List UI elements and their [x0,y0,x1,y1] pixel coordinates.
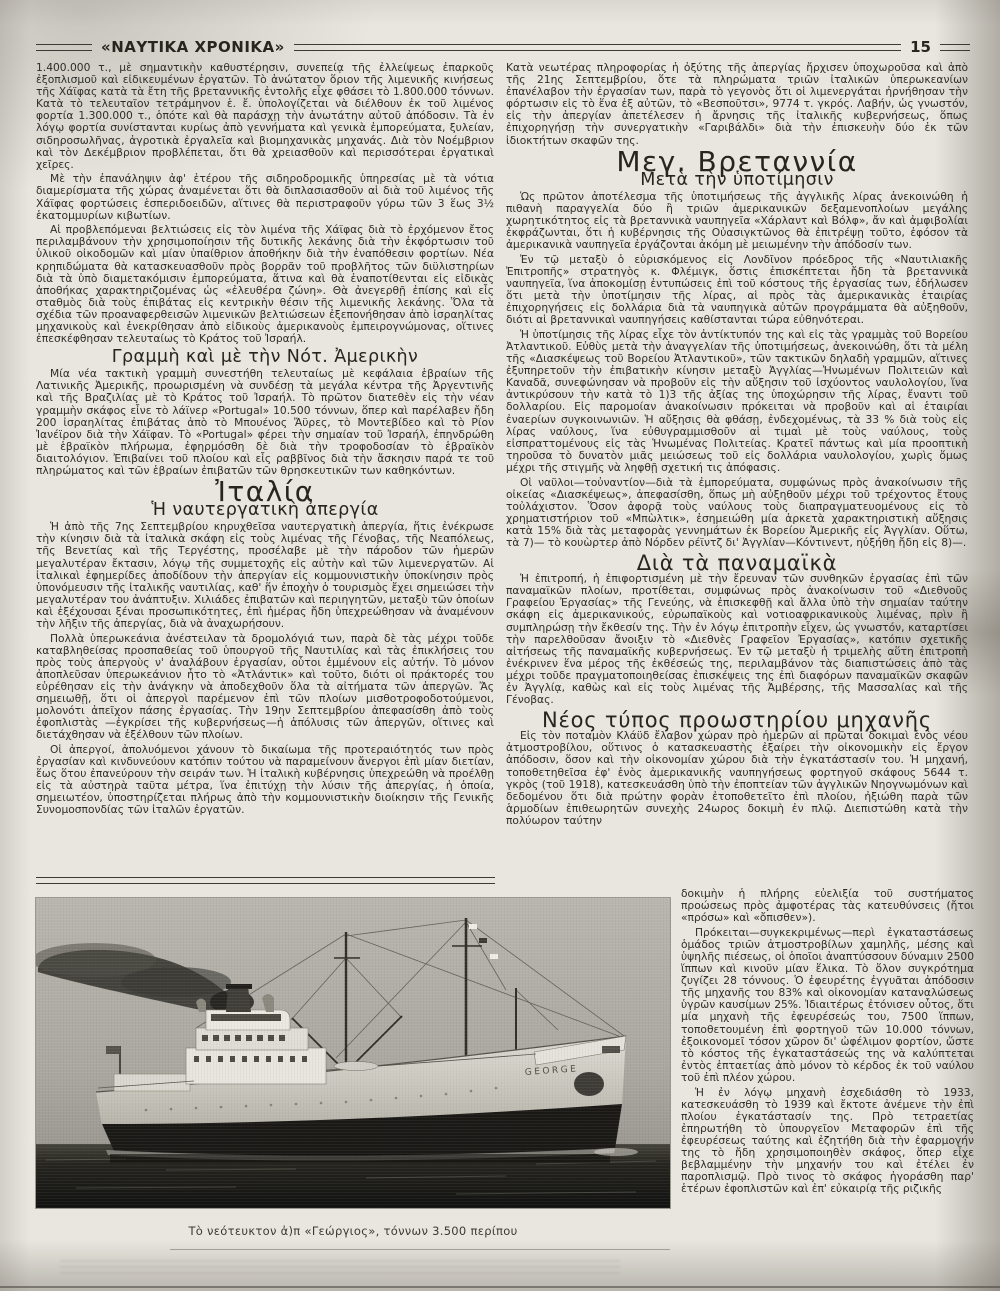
paragraph: Ὡς πρῶτον ἀποτέλεσμα τῆς ὑποτιμήσεως τῆς… [506,191,968,251]
paragraph: Μία νέα τακτικὴ γραμμὴ συνεστήθη τελευτα… [36,368,494,477]
section-title-britain: Μεγ. Βρεταννία [506,156,968,168]
paragraph: Ἡ ἀπὸ τῆς 7ης Σεπτεμβρίου κηρυχθεῖσα ναυ… [36,521,494,630]
magazine-page: «ΝΑΥΤΙΚΑ ΧΡΟΝΙΚΑ» 15 1.400.000 τ., μὲ ση… [0,0,1000,1291]
bleed-through-smudge [60,1256,620,1274]
page-header: «ΝΑΥΤΙΚΑ ΧΡΟΝΙΚΑ» 15 [36,38,970,56]
paragraph: Πρόκειται—συγκεκριμένως—περὶ ἐγκαταστάσε… [681,927,974,1084]
bow-name-band [602,1046,620,1053]
paragraph: Εἰς τὸν ποταμὸν Κλάϋδ ἔλαβον χώραν πρὸ ἡ… [506,730,968,827]
ship-photo: GEORGE [36,898,670,1208]
paragraph: Ἡ ἐν λόγῳ μηχανὴ ἐσχεδιάσθη τὸ 1933, κατ… [681,1087,974,1196]
section-title-panama: Διὰ τὰ παναμαϊκὰ [506,557,968,569]
paragraph: Αἱ προβλεπόμεναι βελτιώσεις εἰς τὸν λιμέ… [36,224,494,345]
ship-photo-art: GEORGE [36,898,670,1208]
section-subtitle-italy: Ἡ ναυτεργατικὴ ἀπεργία [36,504,494,516]
header-rule-left [36,44,92,51]
bow-wake [594,1148,638,1156]
paragraph: Οἱ ἀπεργοί, ἀπολυόμενοι χάνουν τὸ δικαίω… [36,744,494,817]
hull-reflection [110,1154,610,1163]
paragraph: Μὲ τὴν ἐπανάληψιν ἀφ' ἑτέρου τῆς σιδηροδ… [36,173,494,221]
photo-caption: Τὸ νεότευκτον ἀ)π «Γεώργιος», τόννων 3.5… [36,1224,670,1238]
page-number: 15 [910,38,931,56]
caption-underline [170,1249,670,1250]
section-subtitle-britain: Μετὰ τὴν ὑποτίμησιν [506,174,968,186]
paragraph: Πολλὰ ὑπερωκεάνια ἀνέστειλαν τὰ δρομολόγ… [36,633,494,742]
section-title-engine: Νέος τύπος προωστηρίου μηχανῆς [506,714,968,726]
paragraph: Κατὰ νεωτέρας πληροφορίας ἡ ὀξύτης τῆς ἀ… [506,62,968,147]
bottom-edge-line [0,1286,1000,1288]
paragraph: Ἡ ὑποτίμησις τῆς λίρας εἶχε τὸν ἀντίκτυπ… [506,329,968,474]
magazine-title: «ΝΑΥΤΙΚΑ ΧΡΟΝΙΚΑ» [101,38,285,56]
engine-column-continued: δοκιμὴν ἡ πλήρης εὐελιξία τοῦ συστήματος… [681,888,974,1244]
paragraph: Ἐν τῷ μεταξὺ ὁ εὑρισκόμενος εἰς Λονδῖνον… [506,254,968,327]
bow-anchor-patch [574,1072,604,1096]
section-title-italy: Ἰταλία [36,486,494,498]
section-divider-rule [36,877,495,884]
paragraph: Οἱ ναῦλοι—τοὐναντίον—διὰ τὰ ἐμπορεύματα,… [506,477,968,550]
paragraph: δοκιμὴν ἡ πλήρης εὐελιξία τοῦ συστήματος… [681,888,974,924]
left-column: 1.400.000 τ., μὲ σημαντικὴν καθυστέρησιν… [36,62,494,874]
funnel [226,986,251,1012]
header-rule-middle [294,44,901,51]
header-rule-right [940,44,970,51]
paragraph: 1.400.000 τ., μὲ σημαντικὴν καθυστέρησιν… [36,62,494,171]
paragraph: Ἡ ἐπιτροπή, ἡ ἐπιφορτισμένη μὲ τὴν ἔρευν… [506,573,968,706]
right-column: Κατὰ νεωτέρας πληροφορίας ἡ ὀξύτης τῆς ἀ… [506,62,968,886]
section-title-south-america: Γραμμὴ καὶ μὲ τὴν Νότ. Ἀμερικὴν [36,351,494,363]
